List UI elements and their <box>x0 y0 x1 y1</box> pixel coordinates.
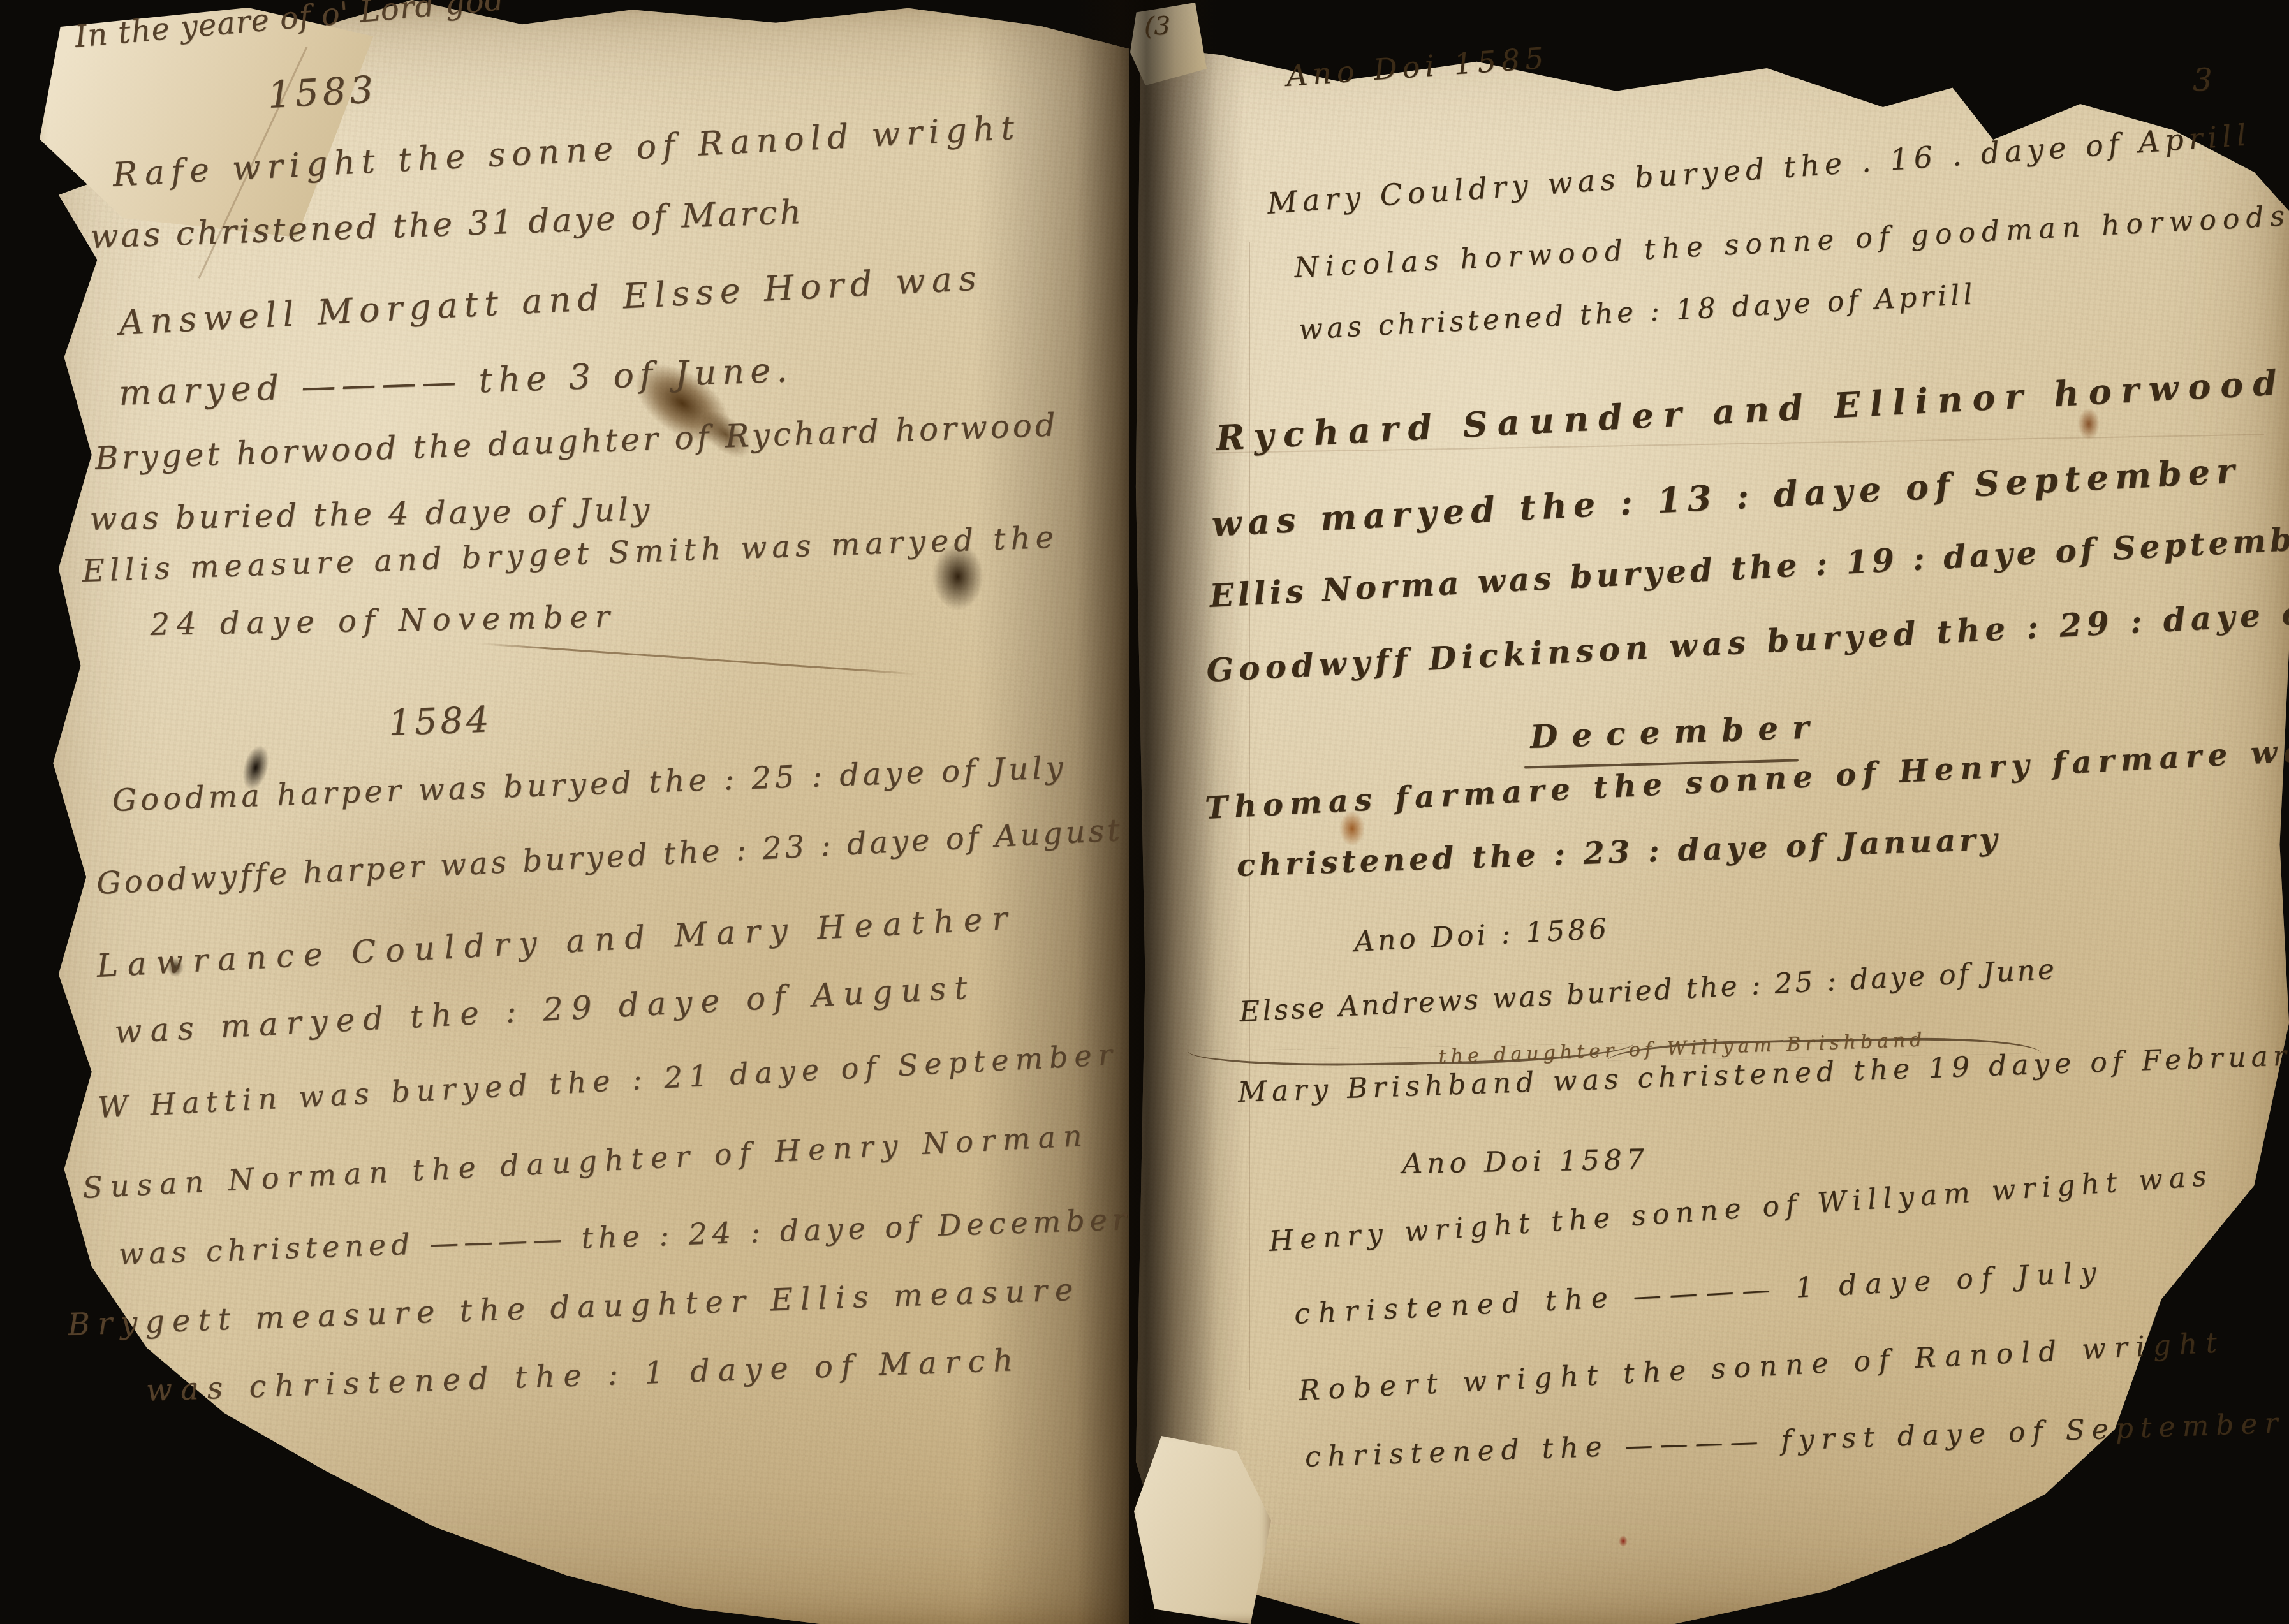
manuscript-scan: In the yeare of o' Lord god 1583 Rafe wr… <box>0 0 2289 1624</box>
year-heading-1587: Ano Doi 1587 <box>1402 1143 1649 1180</box>
year-heading-1584: 1584 <box>388 699 493 744</box>
year-heading-1583: 1583 <box>267 68 378 117</box>
folio-mark: (3 <box>1144 11 1170 41</box>
page-number: 3 <box>2193 62 2212 98</box>
